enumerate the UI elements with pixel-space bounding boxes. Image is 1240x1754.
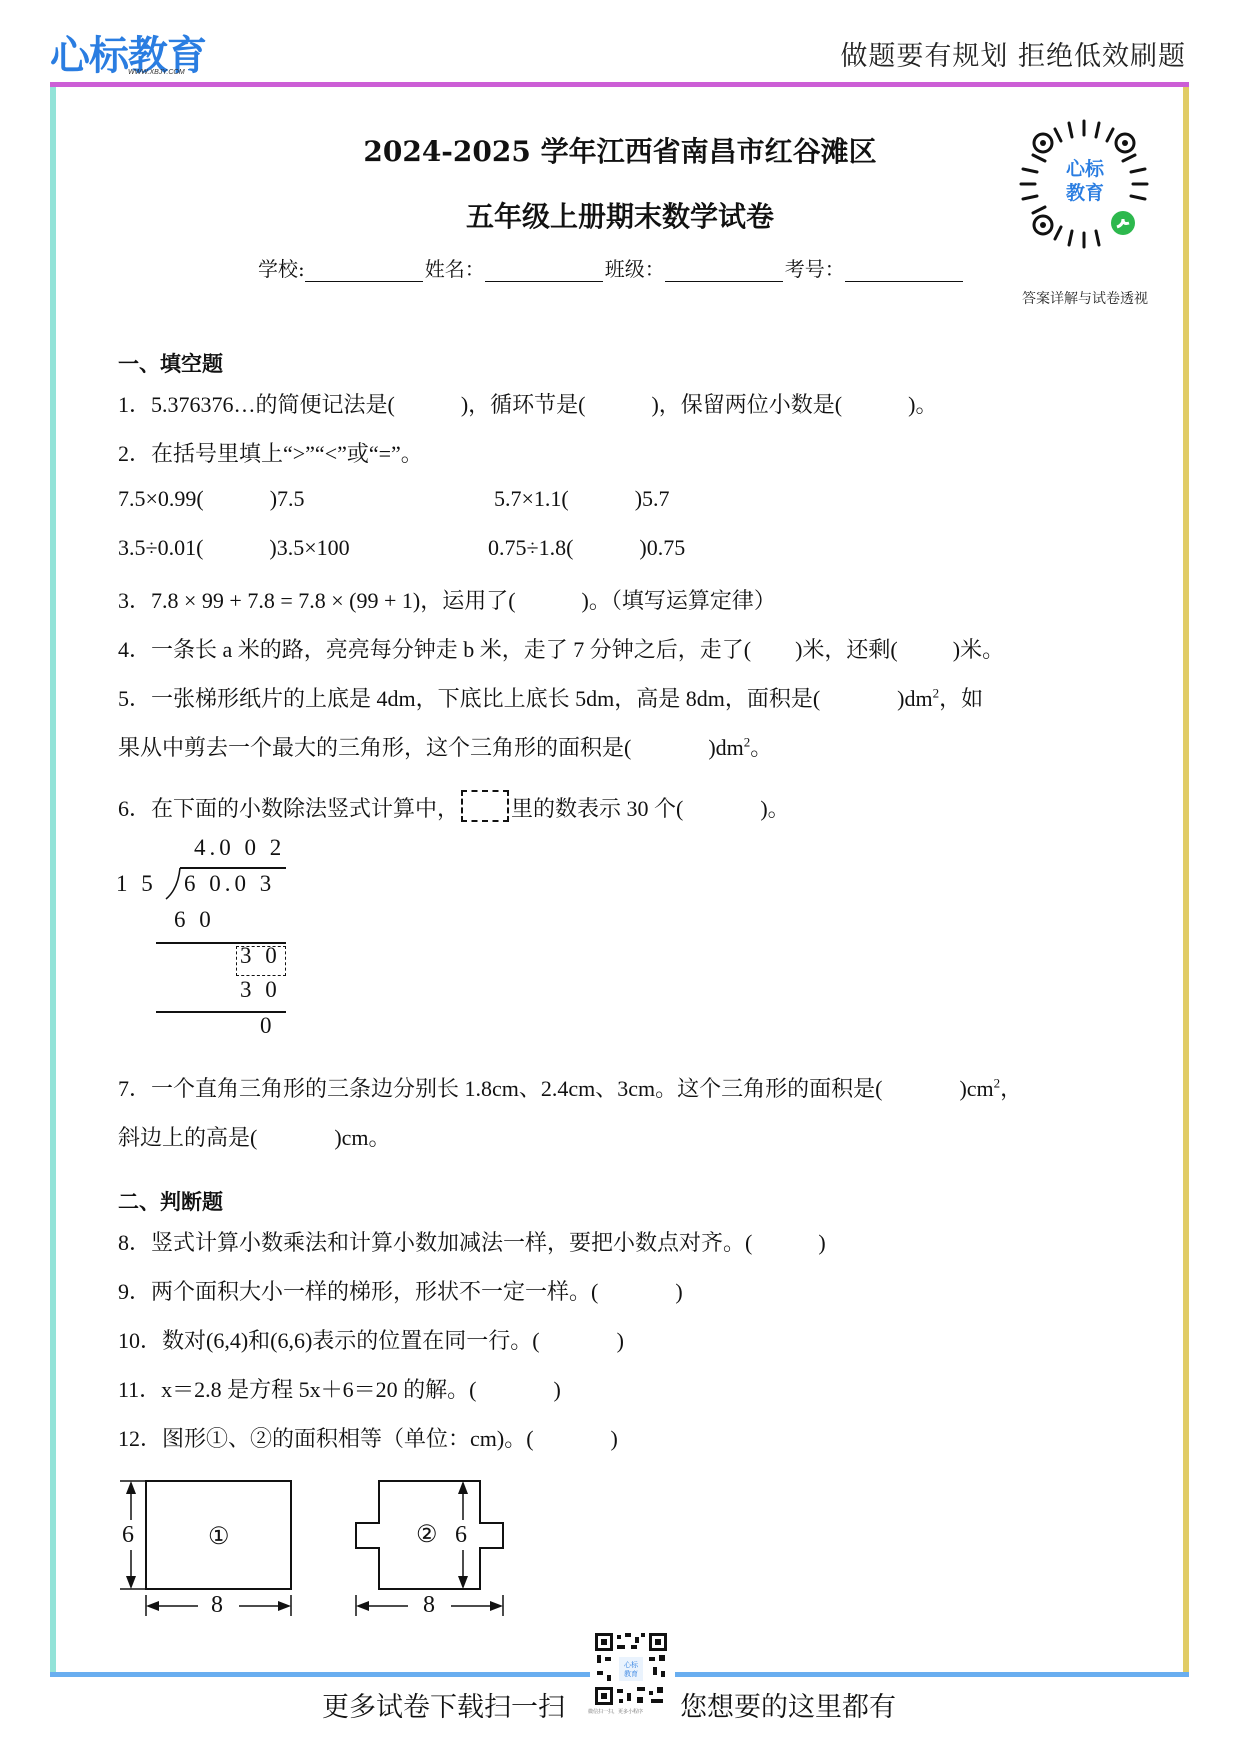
question-5-line1: 5．一张梯形纸片的上底是 4dm，下底比上底长 5dm，高是 8dm，面积是( … <box>118 682 983 713</box>
qr-center-text-2: 教育 <box>1055 181 1115 205</box>
question-5-text-2: 果从中剪去一个最大的三角形，这个三角形的面积是( )dm <box>118 735 744 760</box>
exam-number-field[interactable] <box>845 261 963 282</box>
svg-text:教育: 教育 <box>624 1669 638 1678</box>
question-5-tail: ，如 <box>939 686 983 711</box>
question-5-tail-2: 。 <box>750 735 772 760</box>
fig2-label: ② <box>416 1520 438 1549</box>
frame-bottom-bar-right <box>675 1672 1189 1677</box>
question-6-text-2: 里的数表示 30 个( )。 <box>511 796 790 821</box>
question-8: 8．竖式计算小数乘法和计算小数加减法一样，要把小数点对齐。( ) <box>118 1226 826 1257</box>
question-5-line2: 果从中剪去一个最大的三角形，这个三角形的面积是( )dm2。 <box>118 731 772 762</box>
question-7-tail: ， <box>1000 1076 1022 1101</box>
svg-text:心标: 心标 <box>624 1660 639 1669</box>
section-judge-title: 二、判断题 <box>118 1186 223 1216</box>
division-step-3: 3 0 <box>240 977 281 1003</box>
question-2-item-4: 0.75÷1.8( )0.75 <box>488 535 685 561</box>
header-slogan: 做题要有规划 拒绝低效刷题 <box>840 34 1186 73</box>
fig1-height-label: 6 <box>122 1522 134 1549</box>
exam-number-label: 考号： <box>785 253 845 282</box>
qr-center-text-1: 心标 <box>1055 157 1115 181</box>
question-2: 2．在括号里填上“>”“<”或“=”。 <box>118 437 423 468</box>
division-quotient: 4.0 0 2 <box>194 835 285 861</box>
name-field[interactable] <box>485 261 603 282</box>
question-11: 11．x＝2.8 是方程 5x＋6＝20 的解。( ) <box>118 1373 561 1404</box>
brand-logo: 心标教育 WWW.XBJY.COM <box>50 30 185 78</box>
division-divisor: 1 5 <box>116 871 157 897</box>
question-6-text: 6．在下面的小数除法竖式计算中， <box>118 796 459 821</box>
question-12: 12．图形①、②的面积相等（单位：cm)。( ) <box>118 1422 618 1453</box>
fig2-height-label: 6 <box>453 1522 469 1549</box>
division-step-1: 6 0 <box>174 907 215 933</box>
area-figures: 6 ① 8 ② 6 8 <box>110 1470 530 1630</box>
question-6: 6．在下面的小数除法竖式计算中，里的数表示 30 个( )。 <box>118 790 790 823</box>
division-step-2: 3 0 <box>240 943 281 969</box>
footer-right-text: 您想要的这里都有 <box>680 1685 896 1724</box>
school-field[interactable] <box>305 261 423 282</box>
question-5-text: 5．一张梯形纸片的上底是 4dm，下底比上底长 5dm，高是 8dm，面积是( … <box>118 686 933 711</box>
frame-bottom-bar-left <box>50 1672 590 1677</box>
question-2-item-2: 5.7×1.1( )5.7 <box>494 486 670 512</box>
frame-left-bar <box>50 87 56 1677</box>
class-field[interactable] <box>665 261 783 282</box>
question-2-item-3: 3.5÷0.01( )3.5×100 <box>118 535 350 561</box>
footer-qr-caption: 微信扫一扫，更多小程序 <box>588 1708 678 1715</box>
class-label: 班级： <box>605 253 665 282</box>
fig1-width-label: 8 <box>211 1592 223 1619</box>
division-remainder: 0 <box>260 1013 276 1039</box>
question-2-item-1: 7.5×0.99( )7.5 <box>118 486 305 512</box>
division-dividend: 6 0.0 3 <box>184 871 275 897</box>
long-division: 4.0 0 2 1 5 6 0.0 3 6 0 3 0 3 0 0 <box>110 835 310 1050</box>
question-4: 4．一条长 a 米的路，亮亮每分钟走 b 米，走了 7 分钟之后，走了( )米，… <box>118 633 1004 664</box>
question-1: 1．5.376376…的简便记法是( )，循环节是( )，保留两位小数是( )。 <box>118 388 937 419</box>
division-bracket-icon <box>164 867 182 901</box>
frame-right-bar <box>1183 87 1189 1677</box>
school-label: 学校: <box>258 253 305 282</box>
figures-diagram-icon <box>110 1470 530 1630</box>
miniprogram-qr-code: 心标 教育 <box>1017 117 1151 251</box>
logo-url: WWW.XBJY.COM <box>128 69 185 76</box>
footer-qr-code[interactable]: 心标 教育 <box>593 1631 669 1707</box>
name-label: 姓名： <box>425 253 485 282</box>
dashed-box-icon <box>461 790 509 822</box>
fig1-label: ① <box>208 1522 230 1551</box>
question-3: 3．7.8 × 99 + 7.8 = 7.8 × (99 + 1)，运用了( )… <box>118 584 776 615</box>
question-7-line2: 斜边上的高是( )cm。 <box>118 1121 391 1152</box>
division-bar <box>180 867 286 869</box>
qr-caption: 答案详解与试卷透视 <box>1005 288 1165 308</box>
question-7-line1: 7．一个直角三角形的三条边分别长 1.8cm、2.4cm、3cm。这个三角形的面… <box>118 1072 1022 1103</box>
footer-left-text: 更多试卷下载扫一扫 <box>322 1685 565 1724</box>
qr-center-logo: 心标 教育 <box>1055 157 1115 205</box>
frame-top-bar <box>50 82 1189 87</box>
student-info-fields: 学校: 姓名： 班级： 考号： <box>258 253 965 282</box>
question-7-text: 7．一个直角三角形的三条边分别长 1.8cm、2.4cm、3cm。这个三角形的面… <box>118 1076 994 1101</box>
qr-code-icon: 心标 教育 <box>593 1631 669 1707</box>
question-9: 9．两个面积大小一样的梯形，形状不一定一样。( ) <box>118 1275 683 1306</box>
section-fill-in-title: 一、填空题 <box>118 348 223 378</box>
fig2-width-label: 8 <box>423 1592 435 1619</box>
question-10: 10．数对(6,4)和(6,6)表示的位置在同一行。( ) <box>118 1324 624 1355</box>
